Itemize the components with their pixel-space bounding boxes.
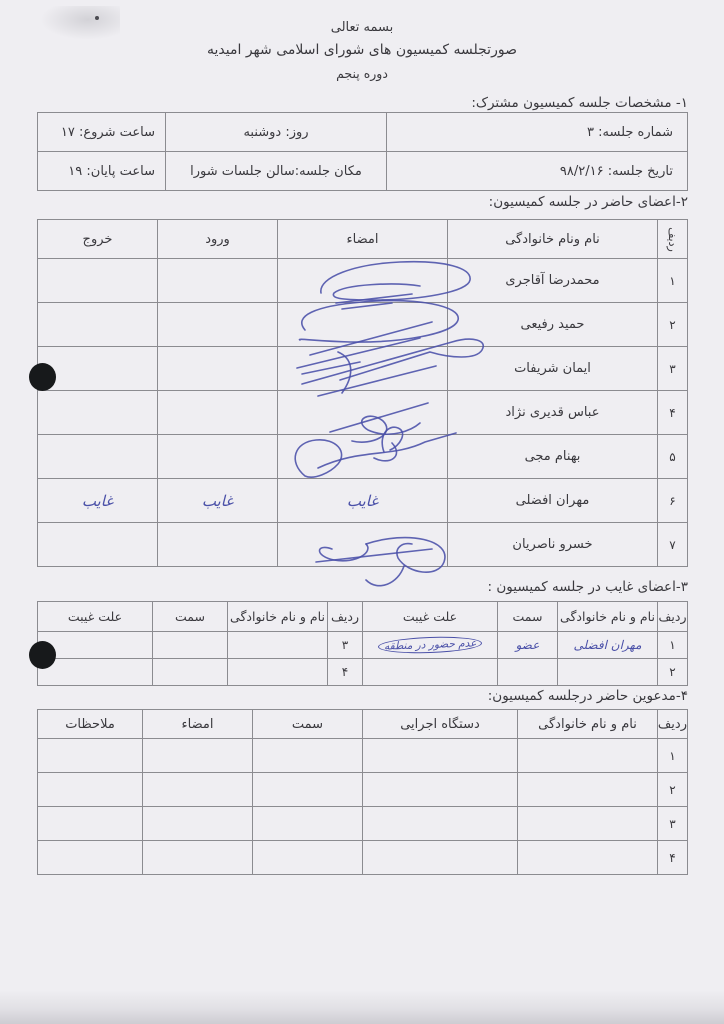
table-row: ۱ (38, 739, 688, 773)
signature-cell (278, 391, 448, 435)
invitee-agency (363, 773, 518, 807)
table-row: ۲ حمید رفیعی (38, 303, 688, 347)
entry-cell (158, 391, 278, 435)
meeting-place-cell: مکان جلسه:سالن جلسات شورا (166, 152, 387, 191)
invitee-name (518, 841, 658, 875)
table-row: ۵ بهنام مجی (38, 435, 688, 479)
hole-punch-bottom (29, 641, 56, 669)
invitee-agency (363, 841, 518, 875)
scan-edge-shadow (0, 990, 724, 1024)
table-row: ۳ (38, 807, 688, 841)
col-header-exit: خروج (38, 220, 158, 259)
table-row: تاریخ جلسه: ۹۸/۲/۱۶ مکان جلسه:سالن جلسات… (38, 152, 688, 191)
absent-member-name (228, 632, 328, 659)
row-number: ۲ (658, 303, 688, 347)
col-header-position: سمت (153, 602, 228, 632)
table-row: ۴ (38, 841, 688, 875)
invitee-position (253, 739, 363, 773)
table-row: ۲ ۴ (38, 659, 688, 686)
hole-punch-top (29, 363, 56, 391)
exit-cell (38, 303, 158, 347)
absent-member-position (153, 632, 228, 659)
table-row: ۳ ایمان شریفات (38, 347, 688, 391)
invitee-notes (38, 841, 143, 875)
table-row: ۴ عباس قدیری نژاد (38, 391, 688, 435)
col-header-name: نام ونام خانوادگی (448, 220, 658, 259)
entry-cell (158, 347, 278, 391)
invitee-notes (38, 773, 143, 807)
col-header-row-number: ردیف (658, 220, 688, 259)
col-header-agency: دستگاه اجرایی (363, 710, 518, 739)
signature-cell (278, 259, 448, 303)
row-number: ۲ (658, 659, 688, 686)
invitee-position (253, 841, 363, 875)
invitee-notes (38, 739, 143, 773)
entry-cell (158, 523, 278, 567)
col-header-position: سمت (253, 710, 363, 739)
col-header-row-number: ردیف (328, 602, 363, 632)
invitee-signature (143, 841, 253, 875)
table-row: شماره جلسه: ۳ روز: دوشنبه ساعت شروع: ۱۷ (38, 113, 688, 152)
col-header-signature: امضاء (143, 710, 253, 739)
entry-cell-absent-note: غایب (158, 479, 278, 523)
member-name: مهران افضلی (448, 479, 658, 523)
table-header-row: ردیف نام و نام خانوادگی سمت علت غیبت ردی… (38, 602, 688, 632)
exit-cell (38, 435, 158, 479)
entry-cell (158, 259, 278, 303)
invitee-notes (38, 807, 143, 841)
row-number: ۴ (328, 659, 363, 686)
entry-cell (158, 303, 278, 347)
row-number: ۱ (658, 632, 688, 659)
col-header-reason: علت غیبت (363, 602, 498, 632)
bismillah-text: بسمه تعالی (0, 20, 724, 35)
absent-reason (38, 659, 153, 686)
exit-cell (38, 259, 158, 303)
invitee-name (518, 773, 658, 807)
invitee-signature (143, 773, 253, 807)
col-header-name: نام و نام خانوادگی (228, 602, 328, 632)
table-header-row: ردیف نام و نام خانوادگی دستگاه اجرایی سم… (38, 710, 688, 739)
absent-members-table: ردیف نام و نام خانوادگی سمت علت غیبت ردی… (37, 601, 688, 686)
exit-cell-absent-note: غایب (38, 479, 158, 523)
row-number: ۳ (658, 347, 688, 391)
scanned-document-page: بسمه تعالی صورتجلسه کمیسیون های شورای اس… (0, 0, 724, 1024)
row-number: ۳ (658, 807, 688, 841)
member-name: بهنام مجی (448, 435, 658, 479)
member-name: خسرو ناصریان (448, 523, 658, 567)
invitee-signature (143, 739, 253, 773)
exit-cell (38, 523, 158, 567)
invitee-name (518, 807, 658, 841)
exit-cell (38, 347, 158, 391)
start-time-cell: ساعت شروع: ۱۷ (38, 113, 166, 152)
document-subtitle: دوره پنجم (0, 66, 724, 81)
meeting-date-cell: تاریخ جلسه: ۹۸/۲/۱۶ (387, 152, 688, 191)
col-header-position: سمت (498, 602, 558, 632)
row-number: ۶ (658, 479, 688, 523)
table-row: ۱ محمدرضا آقاجری (38, 259, 688, 303)
col-header-notes: ملاحظات (38, 710, 143, 739)
member-name: حمید رفیعی (448, 303, 658, 347)
row-number: ۳ (328, 632, 363, 659)
meeting-info-table: شماره جلسه: ۳ روز: دوشنبه ساعت شروع: ۱۷ … (37, 112, 688, 191)
invitee-agency (363, 739, 518, 773)
signature-cell (278, 523, 448, 567)
row-number: ۵ (658, 435, 688, 479)
absent-member-position: عضو (498, 632, 558, 659)
absent-member-name (228, 659, 328, 686)
signature-cell (278, 303, 448, 347)
signature-cell-absent-note: غایب (278, 479, 448, 523)
section-4-title: ۴-مدعوین حاضر درجلسه کمیسیون: (488, 688, 688, 704)
document-header: بسمه تعالی صورتجلسه کمیسیون های شورای اس… (0, 20, 724, 81)
absent-member-position (153, 659, 228, 686)
meeting-day-cell: روز: دوشنبه (166, 113, 387, 152)
col-header-row-number: ردیف (658, 710, 688, 739)
signature-cell (278, 347, 448, 391)
col-header-entry: ورود (158, 220, 278, 259)
col-header-name: نام و نام خانوادگی (558, 602, 658, 632)
absent-member-name: مهران افضلی (558, 632, 658, 659)
section-1-title: ۱- مشخصات جلسه کمیسیون مشترک: (471, 95, 688, 111)
invitee-agency (363, 807, 518, 841)
row-number: ۴ (658, 391, 688, 435)
invitee-name (518, 739, 658, 773)
invitee-position (253, 807, 363, 841)
row-number: ۱ (658, 739, 688, 773)
document-title: صورتجلسه کمیسیون های شورای اسلامی شهر ام… (0, 42, 724, 58)
absent-reason: عدم حضور در منطقه (363, 632, 498, 659)
invitee-position (253, 773, 363, 807)
member-name: محمدرضا آقاجری (448, 259, 658, 303)
end-time-cell: ساعت پایان: ۱۹ (38, 152, 166, 191)
absent-reason-text: عدم حضور در منطقه (378, 635, 483, 655)
meeting-number-cell: شماره جلسه: ۳ (387, 113, 688, 152)
table-row: ۶ مهران افضلی غایب غایب غایب (38, 479, 688, 523)
absent-member-position (498, 659, 558, 686)
col-header-name: نام و نام خانوادگی (518, 710, 658, 739)
col-header-signature: امضاء (278, 220, 448, 259)
table-row: ۱ مهران افضلی عضو عدم حضور در منطقه ۳ (38, 632, 688, 659)
table-row: ۷ خسرو ناصریان (38, 523, 688, 567)
signature-cell (278, 435, 448, 479)
member-name: ایمان شریفات (448, 347, 658, 391)
section-3-title: ۳-اعضای غایب در جلسه کمیسیون : (488, 579, 688, 595)
absent-member-name (558, 659, 658, 686)
row-number: ۲ (658, 773, 688, 807)
invitee-signature (143, 807, 253, 841)
table-row: ۲ (38, 773, 688, 807)
section-2-title: ۲-اعضای حاضر در جلسه کمیسیون: (489, 194, 688, 210)
absent-reason (363, 659, 498, 686)
present-members-table: ردیف نام ونام خانوادگی امضاء ورود خروج ۱… (37, 219, 688, 567)
table-header-row: ردیف نام ونام خانوادگی امضاء ورود خروج (38, 220, 688, 259)
row-number: ۴ (658, 841, 688, 875)
row-number-label: ردیف (666, 227, 679, 252)
exit-cell (38, 391, 158, 435)
row-number: ۷ (658, 523, 688, 567)
invitees-table: ردیف نام و نام خانوادگی دستگاه اجرایی سم… (37, 709, 688, 875)
col-header-reason: علت غیبت (38, 602, 153, 632)
col-header-row-number: ردیف (658, 602, 688, 632)
row-number: ۱ (658, 259, 688, 303)
member-name: عباس قدیری نژاد (448, 391, 658, 435)
entry-cell (158, 435, 278, 479)
